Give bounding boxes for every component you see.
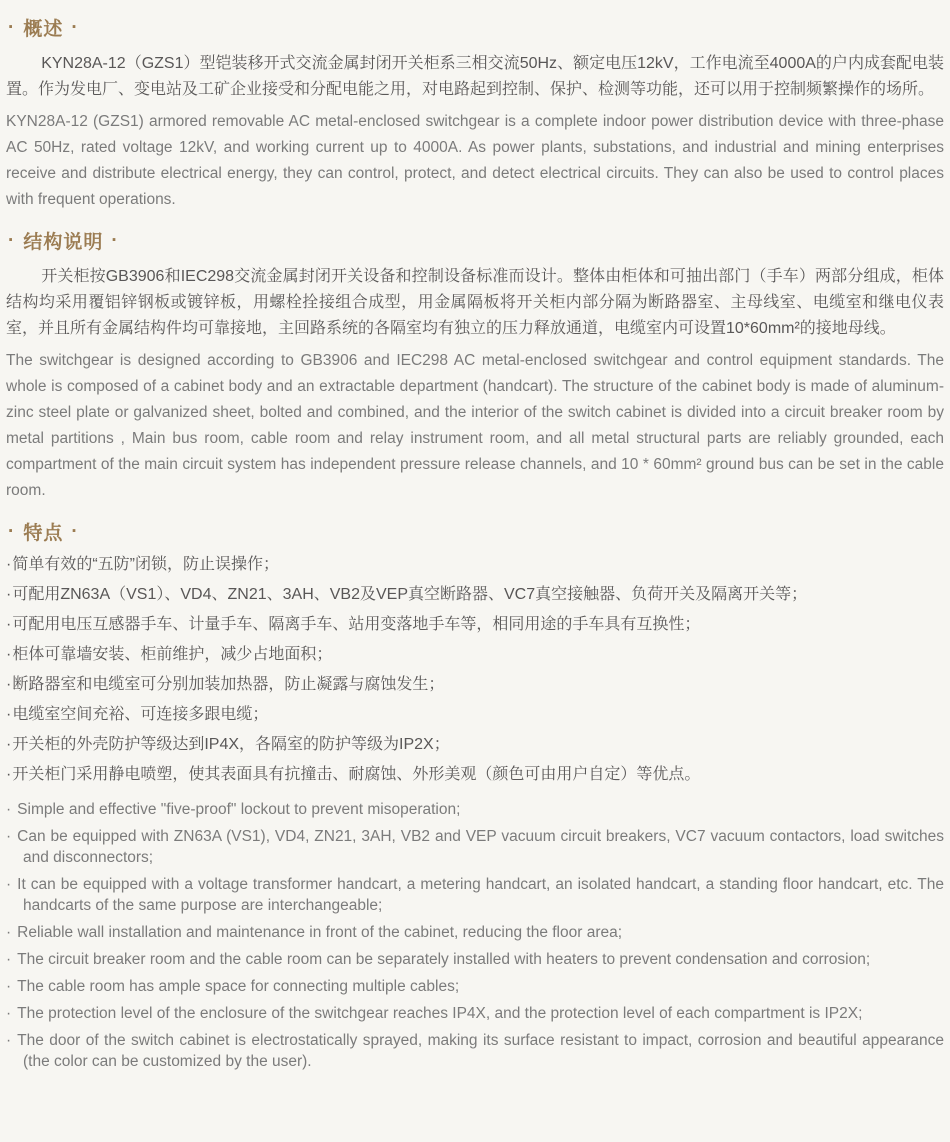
- section-overview-title: · 概述 ·: [8, 14, 944, 41]
- section-structure-title: · 结构说明 ·: [8, 227, 944, 254]
- bullet-dot-icon: ·: [6, 586, 11, 603]
- feature-list-item: ·The cable room has ample space for conn…: [6, 976, 944, 997]
- features-list-chinese: ·简单有效的“五防”闭锁，防止误操作；·可配用ZN63A（VS1）、VD4、ZN…: [6, 555, 944, 785]
- feature-list-item: ·It can be equipped with a voltage trans…: [6, 874, 944, 916]
- bullet-dot-icon: ·: [6, 766, 11, 783]
- feature-list-item: ·断路器室和电缆室可分别加装加热器，防止凝露与腐蚀发生；: [6, 675, 944, 695]
- bullet-dot-icon: ·: [6, 556, 11, 573]
- feature-list-item: ·Reliable wall installation and maintena…: [6, 922, 944, 943]
- bullet-dot-icon: ·: [6, 951, 11, 968]
- section-features: · 特点 · ·简单有效的“五防”闭锁，防止误操作；·可配用ZN63A（VS1）…: [6, 518, 944, 1072]
- section-title-text: 特点: [23, 518, 63, 545]
- bullet-dot-icon: ·: [6, 1005, 11, 1022]
- section-title-text: 结构说明: [23, 227, 103, 254]
- feature-item-text: The door of the switch cabinet is electr…: [17, 1032, 944, 1070]
- feature-item-text: 开关柜的外壳防护等级达到IP4X，各隔室的防护等级为IP2X；: [12, 736, 449, 753]
- section-title-text: 概述: [23, 14, 63, 41]
- bullet-dot-icon: ·: [6, 736, 11, 753]
- title-dot-right-icon: ·: [71, 522, 78, 541]
- document-page: · 概述 · KYN28A-12（GZS1）型铠装移开式交流金属封闭开关柜系三相…: [6, 14, 944, 1072]
- bullet-dot-icon: ·: [6, 706, 11, 723]
- feature-item-text: 开关柜门采用静电喷塑，使其表面具有抗撞击、耐腐蚀、外形美观（颜色可由用户自定）等…: [12, 766, 700, 783]
- feature-item-text: 简单有效的“五防”闭锁，防止误操作；: [12, 556, 279, 573]
- feature-list-item: ·Simple and effective "five-proof" locko…: [6, 799, 944, 820]
- bullet-dot-icon: ·: [6, 801, 11, 818]
- feature-item-text: 柜体可靠墙安装、柜前维护，减少占地面积；: [12, 646, 332, 663]
- feature-item-text: The circuit breaker room and the cable r…: [17, 951, 870, 968]
- feature-list-item: ·Can be equipped with ZN63A (VS1), VD4, …: [6, 826, 944, 868]
- feature-item-text: It can be equipped with a voltage transf…: [17, 876, 944, 914]
- bullet-dot-icon: ·: [6, 978, 11, 995]
- feature-list-item: ·可配用ZN63A（VS1）、VD4、ZN21、3AH、VB2及VEP真空断路器…: [6, 585, 944, 605]
- overview-paragraph-english: KYN28A-12 (GZS1) armored removable AC me…: [6, 109, 944, 213]
- feature-item-text: 可配用ZN63A（VS1）、VD4、ZN21、3AH、VB2及VEP真空断路器、…: [12, 586, 807, 603]
- bullet-dot-icon: ·: [6, 1032, 11, 1049]
- feature-list-item: ·The protection level of the enclosure o…: [6, 1003, 944, 1024]
- feature-item-text: Reliable wall installation and maintenan…: [17, 924, 622, 941]
- feature-list-item: ·开关柜门采用静电喷塑，使其表面具有抗撞击、耐腐蚀、外形美观（颜色可由用户自定）…: [6, 765, 944, 785]
- title-dot-right-icon: ·: [111, 231, 118, 250]
- overview-paragraph-chinese: KYN28A-12（GZS1）型铠装移开式交流金属封闭开关柜系三相交流50Hz、…: [6, 51, 944, 103]
- feature-list-item: ·The door of the switch cabinet is elect…: [6, 1030, 944, 1072]
- title-dot-left-icon: ·: [8, 231, 15, 250]
- feature-item-text: The protection level of the enclosure of…: [17, 1005, 862, 1022]
- title-dot-right-icon: ·: [71, 18, 78, 37]
- feature-list-item: ·柜体可靠墙安装、柜前维护，减少占地面积；: [6, 645, 944, 665]
- feature-list-item: ·开关柜的外壳防护等级达到IP4X，各隔室的防护等级为IP2X；: [6, 735, 944, 755]
- bullet-dot-icon: ·: [6, 676, 11, 693]
- feature-list-item: ·电缆室空间充裕、可连接多跟电缆；: [6, 705, 944, 725]
- feature-list-item: ·可配用电压互感器手车、计量手车、隔离手车、站用变落地手车等，相同用途的手车具有…: [6, 615, 944, 635]
- feature-item-text: 断路器室和电缆室可分别加装加热器，防止凝露与腐蚀发生；: [12, 676, 444, 693]
- feature-item-text: Can be equipped with ZN63A (VS1), VD4, Z…: [17, 828, 944, 866]
- section-features-title: · 特点 ·: [8, 518, 944, 545]
- structure-paragraph-english: The switchgear is designed according to …: [6, 348, 944, 504]
- section-structure: · 结构说明 · 开关柜按GB3906和IEC298交流金属封闭开关设备和控制设…: [6, 227, 944, 504]
- feature-item-text: 可配用电压互感器手车、计量手车、隔离手车、站用变落地手车等，相同用途的手车具有互…: [12, 616, 700, 633]
- bullet-dot-icon: ·: [6, 876, 11, 893]
- title-dot-left-icon: ·: [8, 522, 15, 541]
- bullet-dot-icon: ·: [6, 828, 11, 845]
- structure-paragraph-chinese: 开关柜按GB3906和IEC298交流金属封闭开关设备和控制设备标准而设计。整体…: [6, 264, 944, 342]
- section-overview: · 概述 · KYN28A-12（GZS1）型铠装移开式交流金属封闭开关柜系三相…: [6, 14, 944, 213]
- feature-item-text: 电缆室空间充裕、可连接多跟电缆；: [12, 706, 268, 723]
- feature-item-text: The cable room has ample space for conne…: [17, 978, 459, 995]
- feature-list-item: ·简单有效的“五防”闭锁，防止误操作；: [6, 555, 944, 575]
- feature-list-item: ·The circuit breaker room and the cable …: [6, 949, 944, 970]
- feature-item-text: Simple and effective "five-proof" lockou…: [17, 801, 460, 818]
- bullet-dot-icon: ·: [6, 616, 11, 633]
- bullet-dot-icon: ·: [6, 924, 11, 941]
- title-dot-left-icon: ·: [8, 18, 15, 37]
- bullet-dot-icon: ·: [6, 646, 11, 663]
- features-list-english: ·Simple and effective "five-proof" locko…: [6, 799, 944, 1072]
